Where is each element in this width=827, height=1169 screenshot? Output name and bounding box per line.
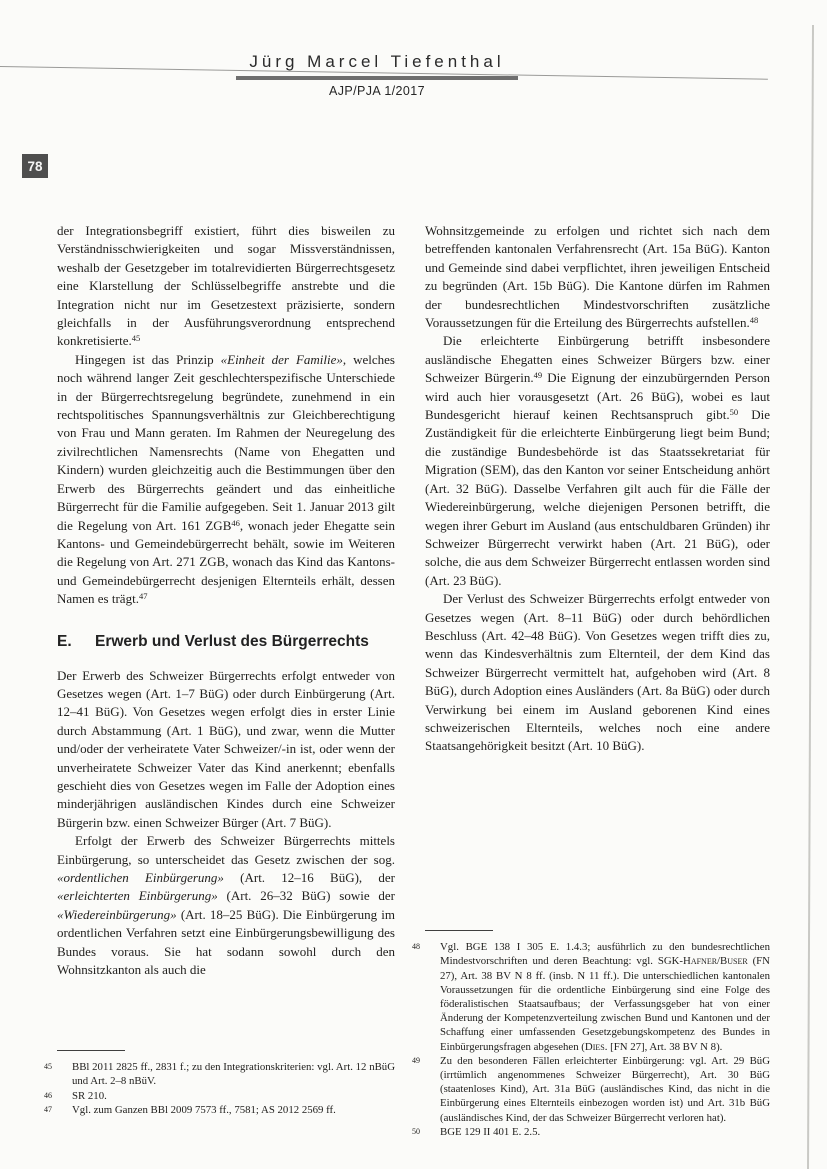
footnote-text: Zu den besonderen Fällen erleichterter E… [440,1054,770,1125]
footnote-block: 48 Vgl. BGE 138 I 305 E. 1.4.3; ausführl… [425,930,770,1139]
footnote-text: Vgl. BGE 138 I 305 E. 1.4.3; ausführlich… [440,940,770,1054]
right-column: Wohnsitzgemeinde zu erfolgen und richtet… [425,222,770,1139]
paragraph: der Integrationsbegriff existiert, führt… [57,222,395,351]
footnote-number: 49 [412,1054,440,1125]
page-number-badge: 78 [22,154,48,178]
footnote: 46 SR 210. [44,1089,395,1103]
paragraph: Der Verlust des Schweizer Bürgerrechts e… [425,590,770,756]
left-column: der Integrationsbegriff existiert, führt… [57,222,395,1139]
footnote-number: 48 [412,940,440,1054]
footnote: 48 Vgl. BGE 138 I 305 E. 1.4.3; ausführl… [412,940,770,1054]
paragraph: Hingegen ist das Prinzip «Einheit der Fa… [57,351,395,609]
paragraph: Der Erwerb des Schweizer Bürgerrechts er… [57,667,395,833]
footnote: 45 BBl 2011 2825 ff., 2831 f.; zu den In… [44,1060,395,1088]
section-heading-title: Erwerb und Verlust des Bürgerrechts [95,633,369,651]
page-edge-scan-artifact [807,25,814,1169]
footnote: 50 BGE 129 II 401 E. 2.5. [412,1125,770,1139]
footnote-separator [425,930,493,931]
footnote-block: 45 BBl 2011 2825 ff., 2831 f.; zu den In… [57,1050,395,1117]
two-column-body: der Integrationsbegriff existiert, führt… [57,222,770,1139]
scanned-journal-page: Jürg Marcel Tiefenthal AJP/PJA 1/2017 78… [0,0,827,1169]
footnote-text: SR 210. [72,1089,395,1103]
footnote-number: 45 [44,1060,72,1088]
paragraph: Wohnsitzgemeinde zu erfolgen und richtet… [425,222,770,332]
header-rule [236,76,518,80]
footnote-text: Vgl. zum Ganzen BBl 2009 7573 ff., 7581;… [72,1103,395,1117]
footnote: 47 Vgl. zum Ganzen BBl 2009 7573 ff., 75… [44,1103,395,1117]
footnote-text: BGE 129 II 401 E. 2.5. [440,1125,770,1139]
section-heading-label: E. [57,633,95,651]
footnote-number: 46 [44,1089,72,1103]
author-name: Jürg Marcel Tiefenthal [236,52,518,72]
paragraph: Erfolgt der Erwerb des Schweizer Bürgerr… [57,832,395,979]
journal-issue: AJP/PJA 1/2017 [236,84,518,98]
section-heading: E. Erwerb und Verlust des Bürgerrechts [57,633,395,651]
footnote-number: 50 [412,1125,440,1139]
paragraph: Die erleichterte Einbürgerung betrifft i… [425,332,770,590]
footnote-separator [57,1050,125,1051]
footnote-text: BBl 2011 2825 ff., 2831 f.; zu den Integ… [72,1060,395,1088]
page-header: Jürg Marcel Tiefenthal AJP/PJA 1/2017 [236,52,518,98]
footnote: 49 Zu den besonderen Fällen erleichterte… [412,1054,770,1125]
footnote-number: 47 [44,1103,72,1117]
